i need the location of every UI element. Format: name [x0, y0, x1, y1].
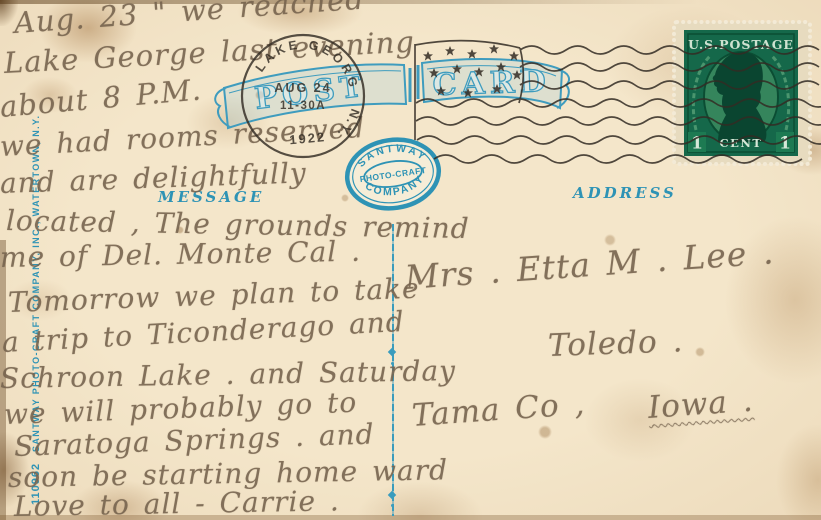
postmark-year: 1922	[289, 129, 327, 147]
postmark-time: 11-30A	[280, 100, 326, 112]
cancel-wavy-line	[520, 63, 819, 71]
cancel-wavy-line	[416, 117, 821, 125]
postmark-date: AUG 24	[274, 81, 331, 95]
cancel-wavy-line	[416, 99, 821, 107]
cancel-wavy-line	[520, 46, 819, 54]
postcard-back: MESSAGE ADDRESS SANTWAY PHOTO-CRAFT COMP…	[0, 0, 821, 520]
cancellation-mark: LAKE GEORGE N.Y. AUG 24 11-30A 1922	[0, 0, 821, 520]
flag-stars	[423, 44, 522, 98]
flag-top-edge	[415, 41, 520, 48]
cancel-wavy-line	[417, 136, 821, 144]
flag-canton-edge	[519, 48, 523, 103]
cancel-wavy-line	[520, 81, 819, 89]
cancel-wavy-line	[434, 155, 802, 163]
